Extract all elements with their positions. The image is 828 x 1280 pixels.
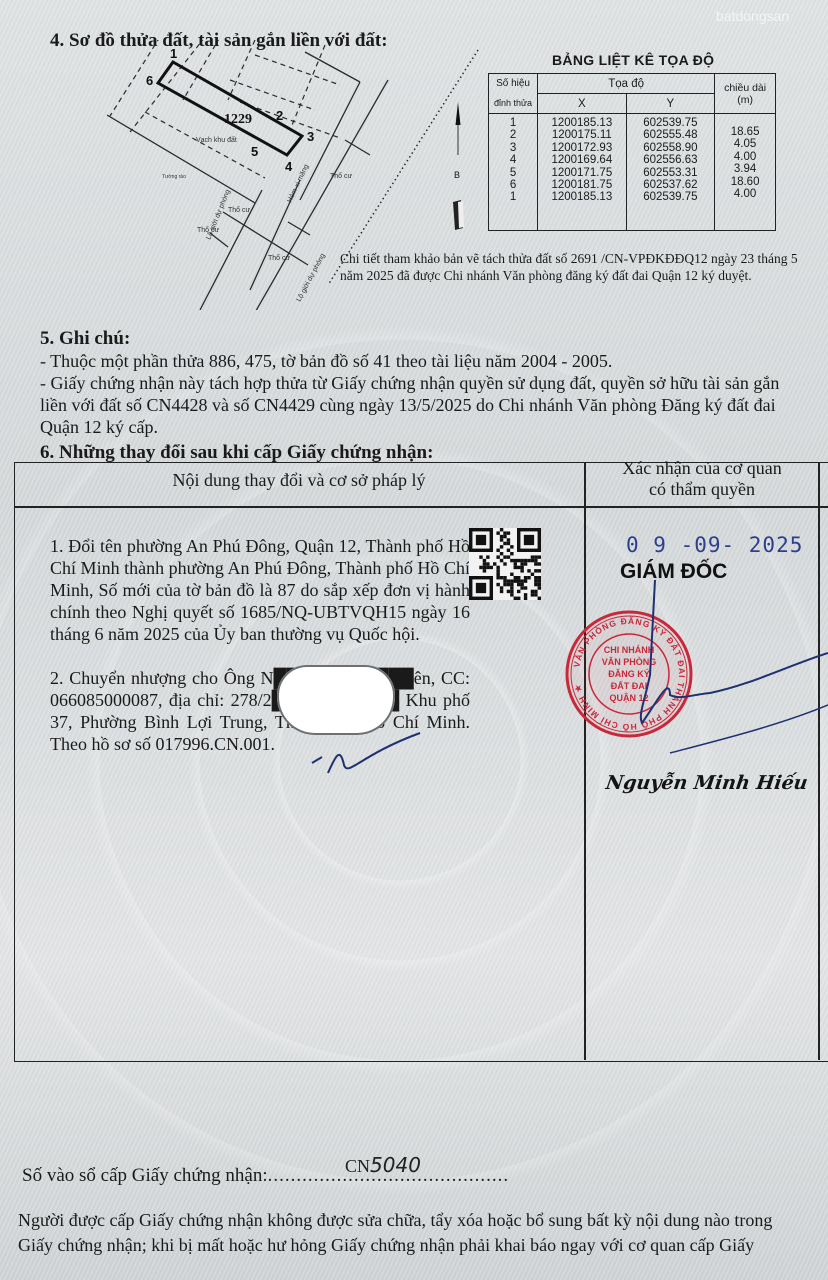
initials-signature-icon — [300, 725, 440, 785]
col-x: X — [538, 94, 627, 114]
svg-text:B: B — [454, 170, 460, 180]
registration-line: Số vào sổ cấp Giấy chứng nhận:..........… — [22, 1165, 509, 1187]
col-y: Y — [626, 94, 715, 114]
registration-number: CN5040 — [345, 1153, 421, 1177]
vertex-column: 1234561 — [489, 114, 538, 231]
director-signature-icon — [600, 575, 828, 775]
vertex-label-3: 3 — [307, 129, 314, 144]
col-vertex: Số hiệu — [489, 74, 538, 94]
coord-table: Số hiệu Tọa độ chiều dài (m) đỉnh thửa X… — [488, 73, 776, 231]
area-label: Thổ cư — [330, 172, 353, 180]
vertex-label-4: 4 — [285, 159, 293, 174]
y-column: 602539.75602555.48602558.90602556.636025… — [626, 114, 715, 231]
col-coords: Tọa độ — [538, 74, 715, 94]
north-arrow-icon: B — [453, 102, 464, 230]
reference-note: Chi tiết tham khảo bản vẽ tách thửa đất … — [340, 250, 800, 284]
signer-name: Nguyễn Minh Hiếu — [604, 772, 809, 794]
warning-text: Người được cấp Giấy chứng nhận không đượ… — [18, 1208, 828, 1258]
date-stamp: 0 9 -09- 2025 — [626, 533, 803, 557]
note-1: - Thuộc một phần thửa 886, 475, tờ bản đ… — [40, 350, 800, 372]
x-column: 1200185.131200175.111200172.931200169.64… — [538, 114, 627, 231]
vertex-label-1: 1 — [170, 46, 177, 61]
parcel-number: 1229 — [224, 112, 252, 127]
section6-heading: 6. Những thay đổi sau khi cấp Giấy chứng… — [40, 442, 433, 464]
vertex-label-2: 2 — [276, 108, 283, 123]
note-2: - Giấy chứng nhận này tách hợp thửa từ G… — [40, 372, 800, 438]
col-header-confirmation: Xác nhận của cơ quan có thẩm quyền — [586, 458, 818, 500]
section5-heading: 5. Ghi chú: — [40, 328, 130, 350]
table-divider — [14, 506, 828, 508]
length-column: 18.654.054.003.9418.604.00 — [715, 114, 776, 231]
area-label: Thổ cư — [268, 254, 291, 262]
col-vertex2: đỉnh thửa — [489, 94, 538, 114]
area-label: Thổ cư — [228, 206, 251, 214]
small-label: Tường rào — [162, 174, 186, 180]
change-entry-1: 1. Đổi tên phường An Phú Đông, Quận 12, … — [50, 535, 470, 645]
watermark: batdongsan — [716, 8, 789, 24]
vertex-label-6: 6 — [146, 73, 153, 88]
vertex-label-5: 5 — [251, 144, 258, 159]
coord-table-title: BẢNG LIỆT KÊ TỌA ĐỘ — [552, 52, 714, 68]
registration-label: Số vào sổ cấp Giấy chứng nhận: — [22, 1165, 268, 1186]
col-length: chiều dài (m) — [715, 74, 776, 114]
small-label: Vạch khu đất — [196, 135, 237, 144]
table-divider — [584, 462, 586, 1060]
qr-code-icon — [469, 528, 541, 600]
col-header-content: Nội dung thay đổi và cơ sở pháp lý — [14, 470, 584, 491]
